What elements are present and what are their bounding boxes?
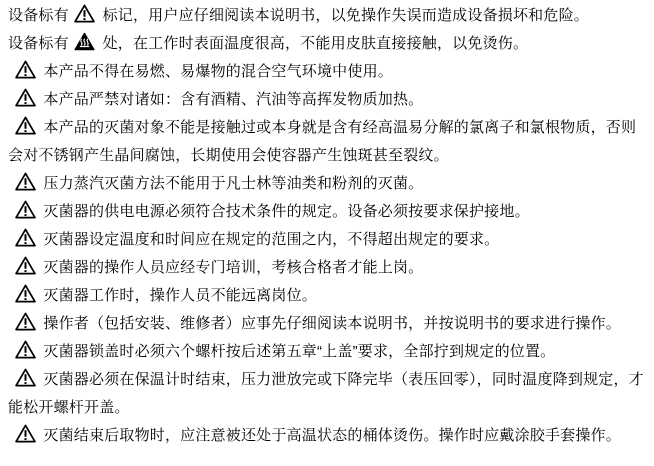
warning-item: 设备标有 标记，用户应仔细阅读本说明书，以免操作失误而造成设备损坏和危险。: [8, 2, 644, 30]
warning-text: 灭菌器的操作人员应经专门培训，考核合格者才能上岗。: [43, 259, 423, 276]
warning-triangle-icon: [15, 256, 36, 275]
warning-triangle-icon: [15, 228, 36, 247]
warning-triangle-icon: [15, 312, 36, 331]
warning-text: 操作者（包括安装、维修者）应事先仔细阅读本说明书，并按说明书的要求进行操作。: [43, 315, 621, 332]
warning-triangle-icon: [15, 340, 36, 359]
warning-triangle-icon: [15, 60, 36, 79]
warning-text-prefix: 设备标有: [8, 7, 69, 24]
warning-text-prefix: 设备标有: [8, 35, 69, 52]
warning-text: 本产品不得在易燃、易爆物的混合空气环境中使用。: [43, 63, 393, 80]
hot-surface-icon: [74, 32, 95, 51]
warning-text: 压力蒸汽灭菌方法不能用于凡士林等油类和粉剂的灭菌。: [43, 175, 423, 192]
safety-warnings-document: 设备标有 标记，用户应仔细阅读本说明书，以免操作失误而造成设备损坏和危险。 设备…: [8, 2, 644, 450]
warning-item: 灭菌器的供电电源必须符合技术条件的规定。设备必须按要求保护接地。: [8, 198, 644, 226]
warning-text: 处，在工作时表面温度很高，不能用皮肤直接接触，以免烫伤。: [103, 35, 529, 52]
warning-triangle-icon: [15, 200, 36, 219]
warning-triangle-icon: [15, 284, 36, 303]
warning-triangle-icon: [74, 4, 95, 23]
warning-item: 灭菌结束后取物时，应注意被还处于高温状态的桶体烫伤。操作时应戴涂胶手套操作。: [8, 422, 644, 450]
warning-text: 灭菌器工作时，操作人员不能远离岗位。: [43, 287, 317, 304]
warning-text: 灭菌器必须在保温计时结束，压力泄放完或下降完毕（表压回零），同时温度降到规定，才…: [8, 371, 644, 416]
warning-item: 压力蒸汽灭菌方法不能用于凡士林等油类和粉剂的灭菌。: [8, 170, 644, 198]
warning-item: 灭菌器锁盖时必须六个螺杆按后述第五章“上盖”要求，全部拧到规定的位置。: [8, 338, 644, 366]
warning-triangle-icon: [15, 368, 36, 387]
warning-item: 设备标有 处，在工作时表面温度很高，不能用皮肤直接接触，以免烫伤。: [8, 30, 644, 58]
warning-item: 本产品不得在易燃、易爆物的混合空气环境中使用。: [8, 58, 644, 86]
warning-text: 标记，用户应仔细阅读本说明书，以免操作失误而造成设备损坏和危险。: [103, 7, 589, 24]
warning-text: 灭菌器锁盖时必须六个螺杆按后述第五章“上盖”要求，全部拧到规定的位置。: [43, 343, 555, 360]
warning-triangle-icon: [15, 424, 36, 443]
warning-item: 灭菌器设定温度和时间应在规定的范围之内，不得超出规定的要求。: [8, 226, 644, 254]
warning-item: 灭菌器必须在保温计时结束，压力泄放完或下降完毕（表压回零），同时温度降到规定，才…: [8, 366, 644, 422]
warning-item: 本产品严禁对诸如：含有酒精、汽油等高挥发物质加热。: [8, 86, 644, 114]
warning-triangle-icon: [15, 116, 36, 135]
warning-item: 灭菌器的操作人员应经专门培训，考核合格者才能上岗。: [8, 254, 644, 282]
warning-text: 灭菌器的供电电源必须符合技术条件的规定。设备必须按要求保护接地。: [43, 203, 529, 220]
warning-text: 灭菌器设定温度和时间应在规定的范围之内，不得超出规定的要求。: [43, 231, 499, 248]
warning-triangle-icon: [15, 88, 36, 107]
warning-text: 灭菌结束后取物时，应注意被还处于高温状态的桶体烫伤。操作时应戴涂胶手套操作。: [43, 427, 621, 444]
warning-triangle-icon: [15, 172, 36, 191]
warning-text: 本产品的灭菌对象不能是接触过或本身就是含有经高温易分解的氯离子和氯根物质，否则会…: [8, 119, 636, 164]
warning-item: 操作者（包括安装、维修者）应事先仔细阅读本说明书，并按说明书的要求进行操作。: [8, 310, 644, 338]
warning-item: 灭菌器工作时，操作人员不能远离岗位。: [8, 282, 644, 310]
warning-item: 本产品的灭菌对象不能是接触过或本身就是含有经高温易分解的氯离子和氯根物质，否则会…: [8, 114, 644, 170]
warning-text: 本产品严禁对诸如：含有酒精、汽油等高挥发物质加热。: [43, 91, 423, 108]
